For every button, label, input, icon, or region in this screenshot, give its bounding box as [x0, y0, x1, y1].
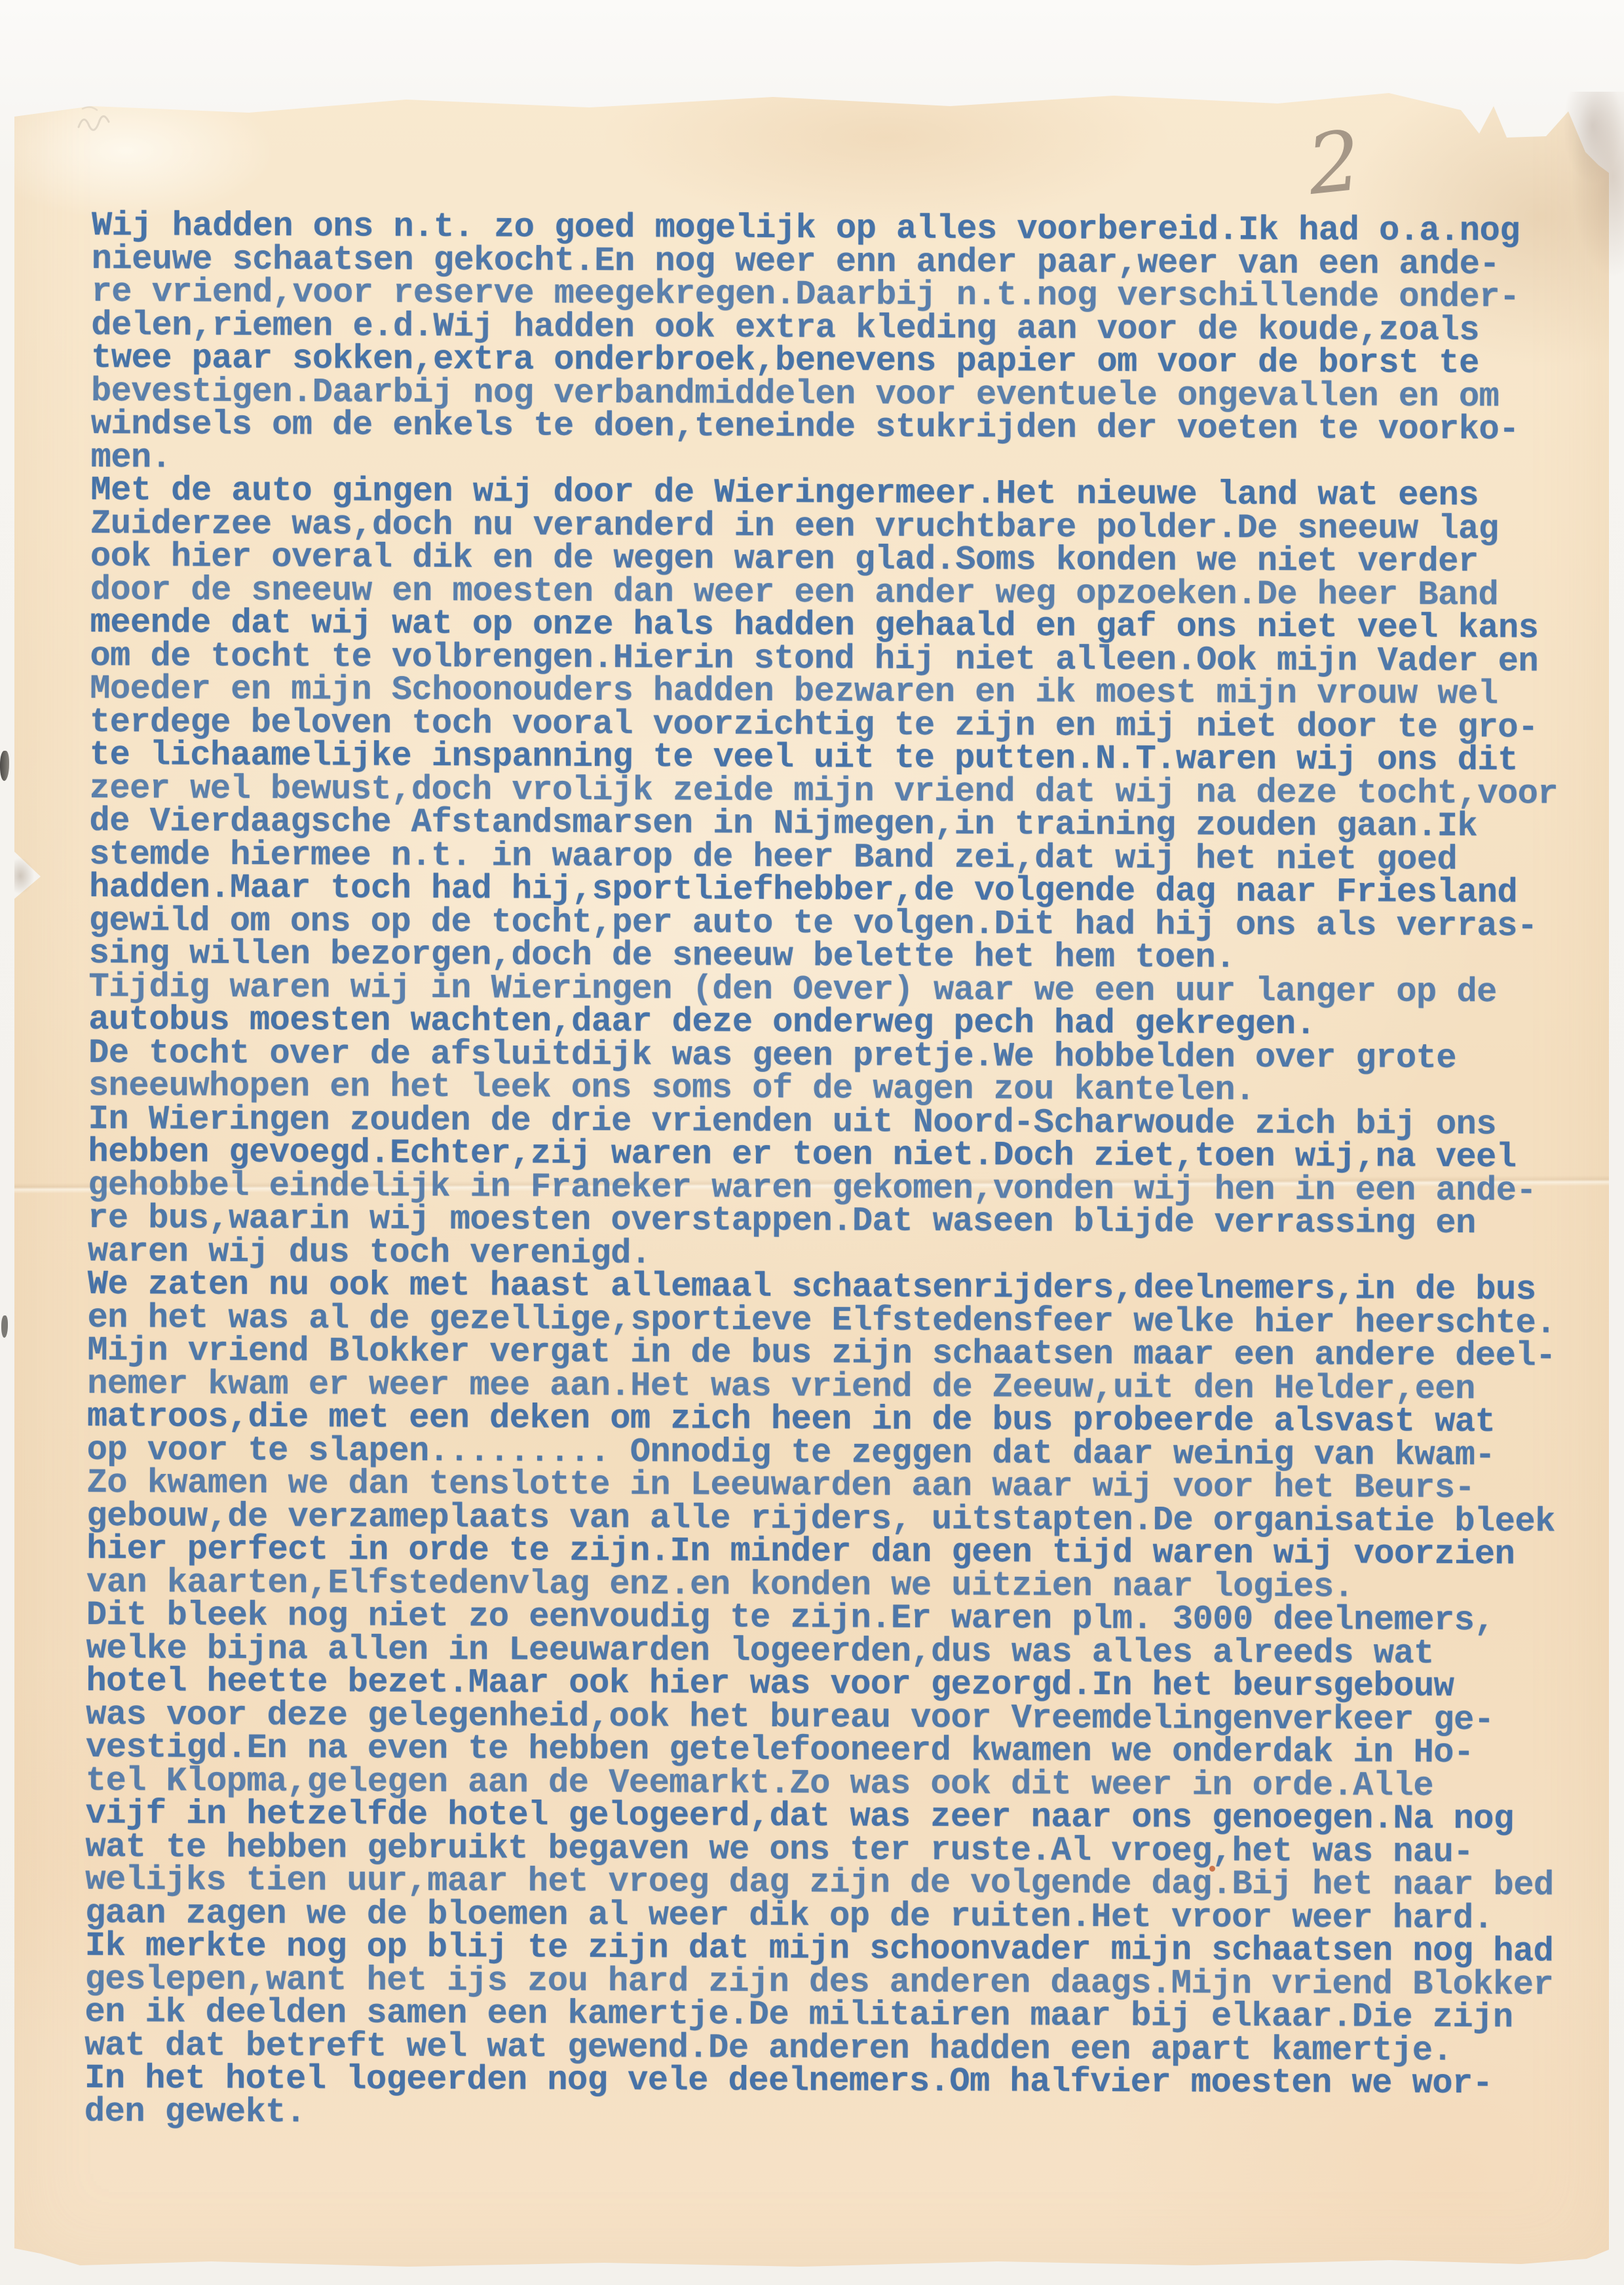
scanned-letter-page: { "page": { "pencil_number": "2" }, "col…	[0, 0, 1624, 2285]
pencil-scribble	[71, 93, 143, 145]
text-line: den gewekt.	[85, 2095, 1611, 2134]
typewritten-text-block: Wij hadden ons n.t. zo goed mogelijk op …	[85, 210, 1618, 2134]
pencil-page-number: 2	[1304, 117, 1406, 225]
text-line: In het hotel logeerden nog vele deelneme…	[85, 2062, 1611, 2101]
text-line: windsels om de enkels te doen,teneinde s…	[91, 408, 1617, 447]
